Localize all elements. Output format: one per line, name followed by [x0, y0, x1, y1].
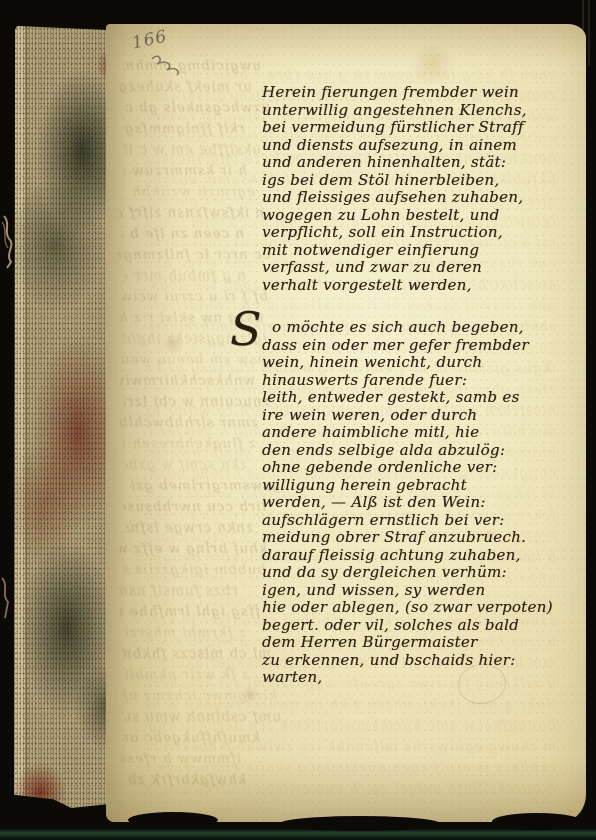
manuscript-line: dass ein oder mer gefer frembder — [262, 337, 562, 355]
manuscript-line: warten, — [262, 669, 562, 687]
paragraph-initial: S — [230, 309, 262, 349]
manuscript-line: wogegen zu Lohn bestelt, und — [262, 207, 562, 225]
manuscript-line: ohne gebende ordenliche ver: — [262, 459, 562, 477]
manuscript-line: mit notwendiger einfierung — [262, 242, 562, 260]
page-edge-shadow — [280, 816, 440, 831]
manuscript-line: willigung herein gebracht — [262, 477, 562, 495]
page-edge-shadow — [492, 813, 582, 830]
manuscript-line: Herein fierungen frembder wein — [262, 84, 562, 102]
page-edge-shadow — [128, 812, 218, 828]
manuscript-line: So möchte es sich auch begeben, — [262, 319, 562, 337]
manuscript-line: dem Herren Bürgermaister — [262, 634, 562, 652]
manuscript-line: ire wein weren, oder durch — [262, 407, 562, 425]
manuscript-line: wein, hinein wenicht, durch — [262, 354, 562, 372]
manuscript-line: verfasst, und zwar zu deren — [262, 259, 562, 277]
manuscript-line: verpflicht, soll ein Instruction, — [262, 224, 562, 242]
manuscript-line: und da sy dergleichen verhüm: — [262, 564, 562, 582]
text-block: Herein fierungen frembder weinunterwilli… — [262, 84, 562, 687]
manuscript-line: verhalt vorgestelt werden, — [262, 277, 562, 295]
manuscript-line: und fleissiges aufsehen zuhaben, — [262, 189, 562, 207]
paragraph-1: Herein fierungen frembder weinunterwilli… — [262, 84, 562, 294]
manuscript-line: andere haimbliche mitl, hie — [262, 424, 562, 442]
manuscript-line: aufschlägern ernstlich bei ver: — [262, 512, 562, 530]
manuscript-line: leith, entweder gestekt, samb es — [262, 389, 562, 407]
manuscript-line: meidung obrer Straf anzubruech. — [262, 529, 562, 547]
manuscript-line: und diensts aufsezung, in ainem — [262, 137, 562, 155]
manuscript-line: den ends selbige alda abzulög: — [262, 442, 562, 460]
manuscript-line: igs bei dem Stöl hinerbleiben, — [262, 172, 562, 190]
manuscript-line: werden, — Alß ist den Wein: — [262, 494, 562, 512]
folio-flourish-mark — [148, 51, 184, 77]
manuscript-line: hinauswerts farende fuer: — [262, 372, 562, 390]
manuscript-line: bei vermeidung fürstlicher Straff — [262, 119, 562, 137]
manuscript-photo: uwgicibmg mmhm frm lbwgiw cneu fk kc g l… — [0, 0, 596, 840]
manuscript-line: begert. oder vil, solches als bald — [262, 617, 562, 635]
manuscript-line: igen, und wissen, sy werden — [262, 582, 562, 600]
paragraph-2: So möchte es sich auch begeben,dass ein … — [262, 319, 562, 687]
binding-thread — [1, 214, 19, 270]
binding-thread — [0, 576, 14, 620]
manuscript-line: und anderen hinenhalten, stät: — [262, 154, 562, 172]
manuscript-page: uwgicibmg mmhm frm lbwgiw cneu fk kc g l… — [106, 24, 586, 822]
manuscript-line: zu erkennen, und bschaids hier: — [262, 652, 562, 670]
manuscript-line: hie oder ablegen, (so zwar verpoten) — [262, 599, 562, 617]
bleedthrough-row: h buzckcibufn unigci zg rh cuu cwisbg n … — [146, 781, 556, 797]
manuscript-line: darauf fleissig achtung zuhaben, — [262, 547, 562, 565]
manuscript-line: unterwillig angestehnen Klenchs, — [262, 102, 562, 120]
